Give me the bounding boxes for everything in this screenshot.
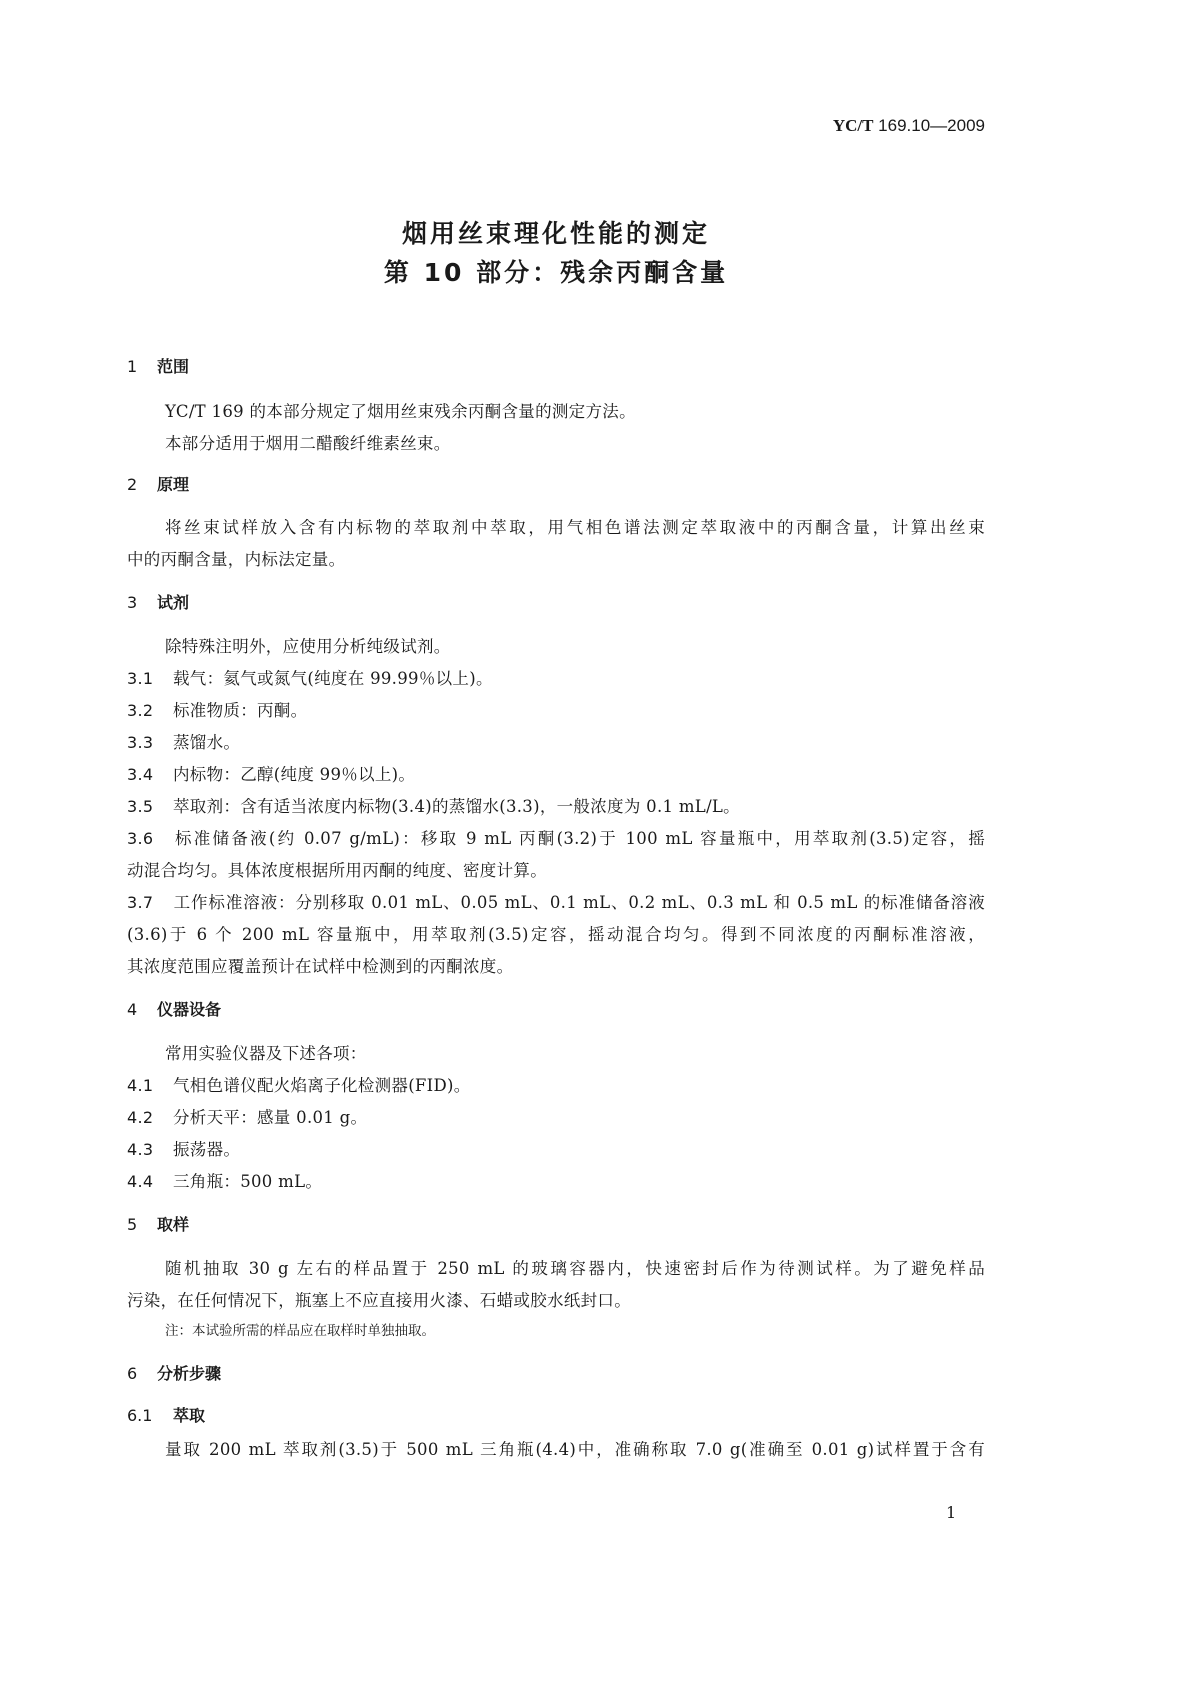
section-title: 仪器设备 xyxy=(157,1000,221,1019)
reagent-item-3-7-continued-2: 其浓度范围应覆盖预计在试样中检测到的丙酮浓度。 xyxy=(127,953,513,977)
principle-paragraph-line2: 中的丙酮含量，内标法定量。 xyxy=(127,546,345,570)
reagent-item-3-3: 3.3蒸馏水。 xyxy=(127,729,240,753)
section-heading-principle: 2原理 xyxy=(127,472,189,495)
item-text: 蒸馏水。 xyxy=(173,733,240,752)
item-text: 振荡器。 xyxy=(173,1140,240,1159)
section-heading-sampling: 5取样 xyxy=(127,1212,189,1235)
item-text: 萃取剂：含有适当浓度内标物(3.4)的蒸馏水(3.3)，一般浓度为 0.1 mL… xyxy=(173,797,740,816)
reagent-item-3-5: 3.5萃取剂：含有适当浓度内标物(3.4)的蒸馏水(3.3)，一般浓度为 0.1… xyxy=(127,793,740,817)
item-text: 标准储备液(约 0.07 g/mL)：移取 9 mL 丙酮(3.2)于 100 … xyxy=(173,829,985,848)
section-heading-procedure: 6分析步骤 xyxy=(127,1361,221,1384)
item-number: 3.4 xyxy=(127,765,173,784)
section-title: 分析步骤 xyxy=(157,1364,221,1383)
item-text: 分析天平：感量 0.01 g。 xyxy=(173,1108,367,1127)
reagent-item-3-6-continued: 动混合均匀。具体浓度根据所用丙酮的纯度、密度计算。 xyxy=(127,857,547,881)
item-number: 4.1 xyxy=(127,1076,173,1095)
scope-paragraph-1: YC/T 169 的本部分规定了烟用丝束残余丙酮含量的测定方法。 xyxy=(165,398,636,422)
subsection-title: 萃取 xyxy=(173,1406,205,1425)
section-title: 原理 xyxy=(157,475,189,494)
page-number: 1 xyxy=(946,1503,956,1522)
extraction-paragraph-line1: 量取 200 mL 萃取剂(3.5)于 500 mL 三角瓶(4.4)中，准确称… xyxy=(165,1436,985,1460)
section-number: 1 xyxy=(127,357,157,376)
reagent-item-3-7: 3.7工作标准溶液：分别移取 0.01 mL、0.05 mL、0.1 mL、0.… xyxy=(127,889,985,913)
item-text: 三角瓶：500 mL。 xyxy=(173,1172,322,1191)
reagent-item-3-7-continued-1: (3.6)于 6 个 200 mL 容量瓶中，用萃取剂(3.5)定容，摇动混合均… xyxy=(127,921,985,945)
sampling-paragraph-line1: 随机抽取 30 g 左右的样品置于 250 mL 的玻璃容器内，快速密封后作为待… xyxy=(165,1255,985,1279)
standard-code: YC/T 169.10—2009 xyxy=(833,116,985,136)
item-number: 3.5 xyxy=(127,797,173,816)
reagent-item-3-4: 3.4内标物：乙醇(纯度 99％以上)。 xyxy=(127,761,415,785)
section-heading-scope: 1范围 xyxy=(127,354,189,377)
item-text: 标准物质：丙酮。 xyxy=(173,701,307,720)
section-number: 2 xyxy=(127,475,157,494)
standard-number: 169.10—2009 xyxy=(878,116,985,135)
item-number: 3.3 xyxy=(127,733,173,752)
section-number: 6 xyxy=(127,1364,157,1383)
section-number: 3 xyxy=(127,593,157,612)
section-title: 范围 xyxy=(157,357,189,376)
item-number: 3.6 xyxy=(127,829,173,848)
item-number: 3.1 xyxy=(127,669,173,688)
document-title-line1: 烟用丝束理化性能的测定 xyxy=(0,214,1112,250)
reagent-item-3-2: 3.2标准物质：丙酮。 xyxy=(127,697,307,721)
section-heading-apparatus: 4仪器设备 xyxy=(127,997,221,1020)
section-heading-reagents: 3试剂 xyxy=(127,590,189,613)
apparatus-intro: 常用实验仪器及下述各项： xyxy=(165,1040,367,1064)
reagent-item-3-1: 3.1载气：氦气或氮气(纯度在 99.99％以上)。 xyxy=(127,665,493,689)
standard-prefix: YC/T xyxy=(833,116,874,135)
item-number: 4.4 xyxy=(127,1172,173,1191)
apparatus-item-4-3: 4.3振荡器。 xyxy=(127,1136,240,1160)
sampling-note: 注：本试验所需的样品应在取样时单独抽取。 xyxy=(165,1319,435,1339)
item-text: 工作标准溶液：分别移取 0.01 mL、0.05 mL、0.1 mL、0.2 m… xyxy=(173,893,985,912)
subsection-heading-extraction: 6.1萃取 xyxy=(127,1403,205,1426)
item-number: 4.3 xyxy=(127,1140,173,1159)
section-title: 取样 xyxy=(157,1215,189,1234)
item-number: 3.7 xyxy=(127,893,173,912)
apparatus-item-4-4: 4.4三角瓶：500 mL。 xyxy=(127,1168,322,1192)
scope-paragraph-2: 本部分适用于烟用二醋酸纤维素丝束。 xyxy=(165,430,451,454)
item-number: 4.2 xyxy=(127,1108,173,1127)
apparatus-item-4-1: 4.1气相色谱仪配火焰离子化检测器(FID)。 xyxy=(127,1072,471,1096)
subsection-number: 6.1 xyxy=(127,1406,173,1425)
reagents-intro: 除特殊注明外，应使用分析纯级试剂。 xyxy=(165,633,451,657)
document-title-line2: 第 10 部分：残余丙酮含量 xyxy=(0,253,1112,289)
item-number: 3.2 xyxy=(127,701,173,720)
item-text: 载气：氦气或氮气(纯度在 99.99％以上)。 xyxy=(173,669,493,688)
section-number: 5 xyxy=(127,1215,157,1234)
item-text: 内标物：乙醇(纯度 99％以上)。 xyxy=(173,765,415,784)
reagent-item-3-6: 3.6标准储备液(约 0.07 g/mL)：移取 9 mL 丙酮(3.2)于 1… xyxy=(127,825,985,849)
section-number: 4 xyxy=(127,1000,157,1019)
section-title: 试剂 xyxy=(157,593,189,612)
apparatus-item-4-2: 4.2分析天平：感量 0.01 g。 xyxy=(127,1104,367,1128)
item-text: 气相色谱仪配火焰离子化检测器(FID)。 xyxy=(173,1076,471,1095)
principle-paragraph-line1: 将丝束试样放入含有内标物的萃取剂中萃取，用气相色谱法测定萃取液中的丙酮含量，计算… xyxy=(165,514,985,538)
sampling-paragraph-line2: 污染，在任何情况下，瓶塞上不应直接用火漆、石蜡或胶水纸封口。 xyxy=(127,1287,631,1311)
